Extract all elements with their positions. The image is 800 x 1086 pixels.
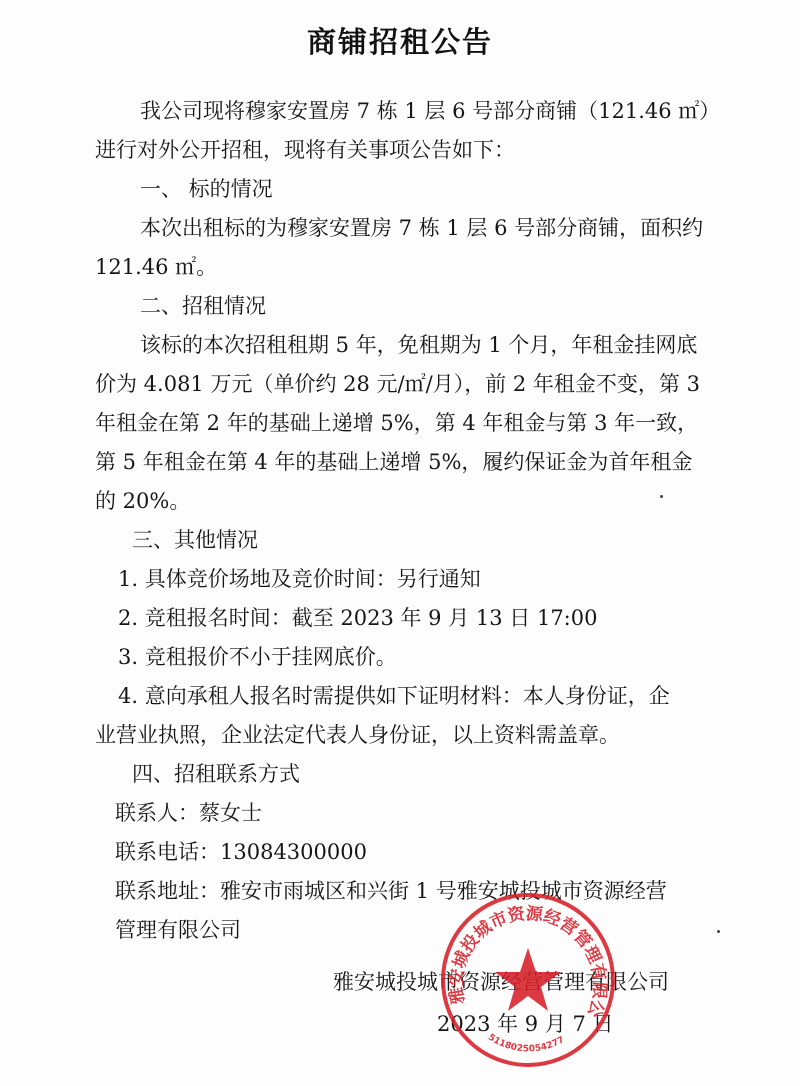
section-1-heading: 一、 标的情况 [140, 175, 273, 203]
section-1-line-1: 本次出租标的为穆家安置房 7 栋 1 层 6 号部分商铺，面积约 [140, 214, 703, 242]
contact-address-line-1: 联系地址：雅安市雨城区和兴街 1 号雅安城投城市资源经营 [115, 877, 667, 905]
signature-company: 雅安城投城市资源经营管理有限公司 [333, 968, 669, 996]
section-2-line-2: 价为 4.081 万元（单价约 28 元/㎡/月），前 2 年租金不变，第 3 [95, 370, 700, 398]
section-3-item-4-cont: 业营业执照，企业法定代表人身份证，以上资料需盖章。 [95, 721, 620, 749]
scan-speck [660, 495, 663, 498]
section-2-heading: 二、招租情况 [140, 292, 266, 320]
signature-date: 2023 年 9 月 7 日 [437, 1010, 614, 1038]
contact-address-line-2: 管理有限公司 [115, 916, 241, 944]
intro-line-2: 进行对外公开招租，现将有关事项公告如下： [95, 136, 515, 164]
scan-speck [717, 930, 720, 933]
section-2-line-3: 年租金在第 2 年的基础上递增 5%，第 4 年租金与第 3 年一致， [95, 409, 698, 437]
section-3-heading: 三、其他情况 [132, 526, 258, 554]
contact-person: 联系人：蔡女士 [115, 799, 262, 827]
seal-arc-text: 雅安城投城市资源经营管理有限公司 [438, 890, 610, 1020]
section-2-line-5: 的 20%。 [95, 487, 190, 515]
section-1-line-2: 121.46 ㎡。 [95, 253, 217, 281]
section-3-item-1: 1. 具体竞价场地及竞价时间：另行通知 [118, 565, 481, 593]
document-page: 商铺招租公告 我公司现将穆家安置房 7 栋 1 层 6 号部分商铺（121.46… [0, 0, 800, 1086]
section-3-item-3: 3. 竞租报价不小于挂网底价。 [118, 643, 397, 671]
section-3-item-4: 4. 意向承租人报名时需提供如下证明材料：本人身份证，企 [118, 682, 670, 710]
document-title: 商铺招租公告 [0, 20, 800, 61]
intro-line-1: 我公司现将穆家安置房 7 栋 1 层 6 号部分商铺（121.46 ㎡） [140, 97, 720, 125]
section-2-line-1: 该标的本次招租租期 5 年，免租期为 1 个月，年租金挂网底 [140, 331, 697, 359]
section-3-item-2: 2. 竞租报名时间：截至 2023 年 9 月 13 日 17:00 [118, 604, 597, 632]
contact-phone: 联系电话：13084300000 [115, 838, 367, 866]
section-4-heading: 四、招租联系方式 [132, 760, 300, 788]
section-2-line-4: 第 5 年租金在第 4 年的基础上递增 5%，履约保证金为首年租金 [95, 448, 692, 476]
